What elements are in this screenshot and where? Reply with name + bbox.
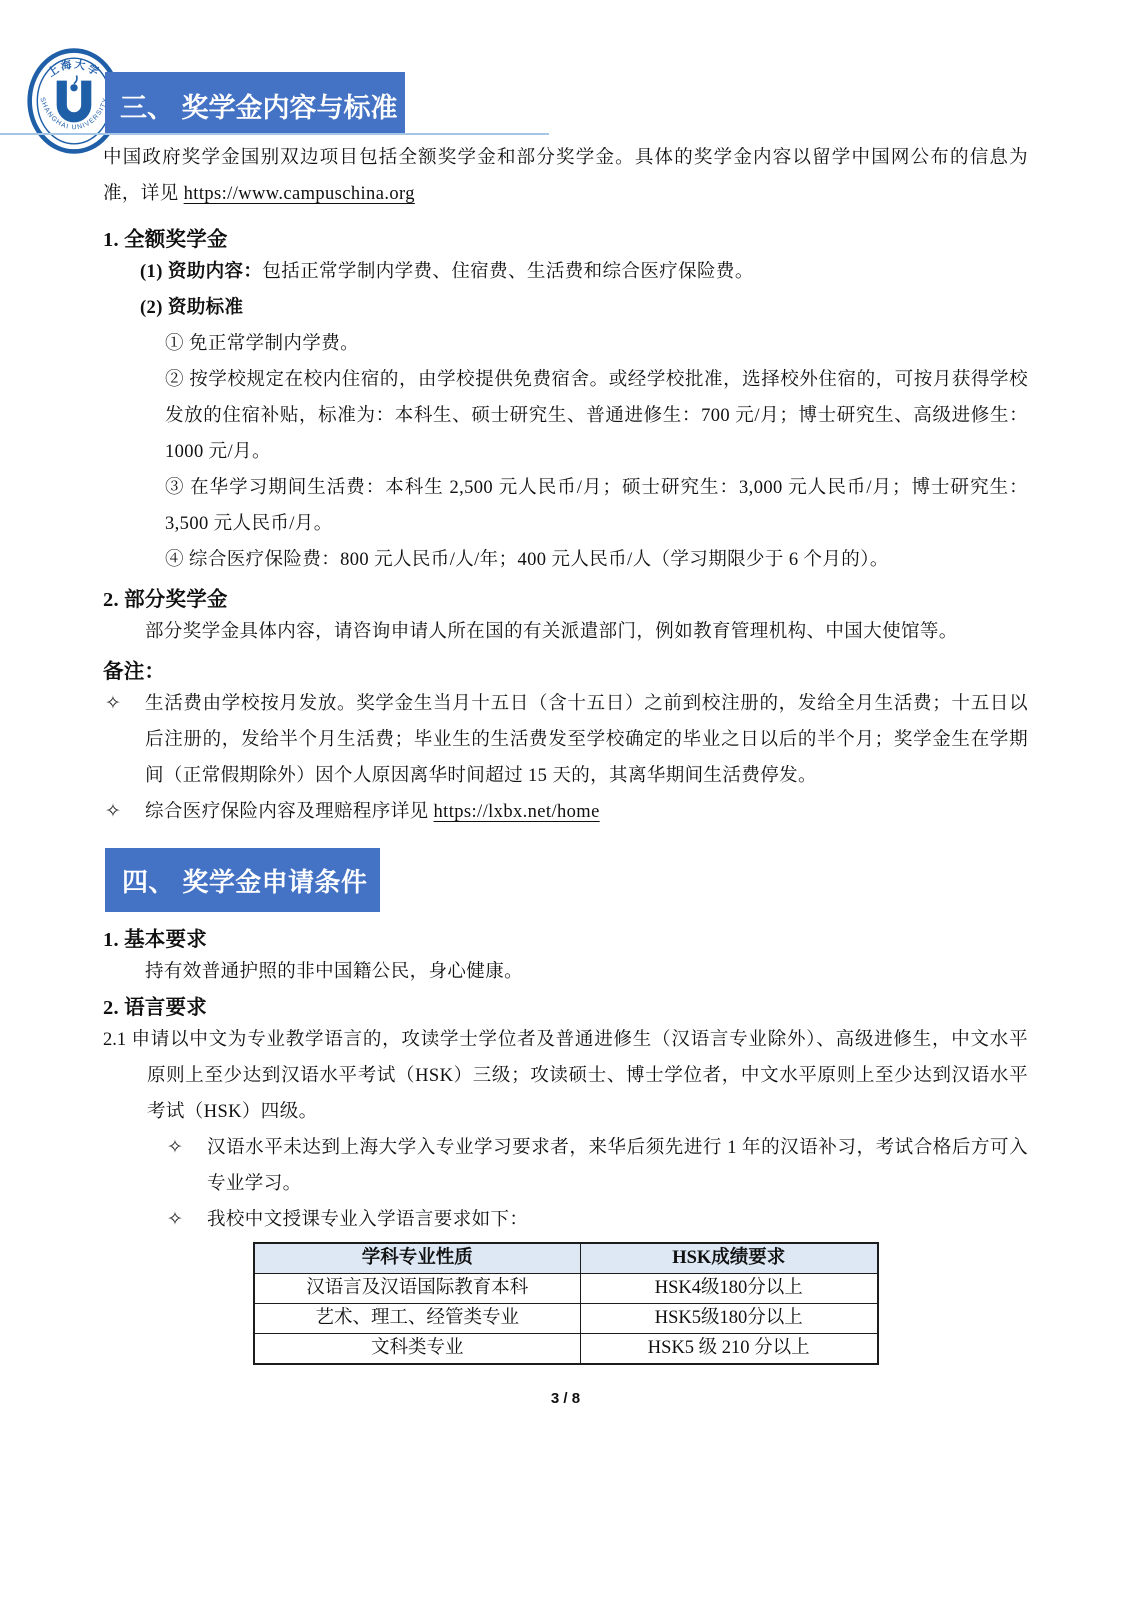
diamond-bullet-icon: ✧ (105, 686, 121, 722)
table-cell-subject: 汉语言及汉语国际教育本科 (254, 1274, 580, 1304)
item1-label: (1) (140, 262, 163, 282)
standard-item-1: ① 免正常学制内学费。 (103, 326, 1028, 362)
section3-banner-title: 三、 奖学金内容与标准 (120, 86, 398, 125)
funding-content-item: (1) 资助内容：包括正常学制内学费、住宿费、生活费和综合医疗保险费。 (103, 254, 1028, 290)
diamond-bullet-icon: ✧ (167, 1130, 183, 1166)
section4-banner-title: 四、 奖学金申请条件 (122, 864, 367, 900)
heading-language-requirements: 2. 语言要求 (103, 994, 1028, 1022)
heading-basic-requirements: 1. 基本要求 (103, 926, 1028, 954)
table-cell-subject: 文科类专业 (254, 1334, 580, 1365)
table-header-row: 学科专业性质 HSK成绩要求 (254, 1243, 878, 1274)
campuschina-link[interactable]: https://www.campuschina.org (184, 184, 415, 204)
table-row: 文科类专业 HSK5 级 210 分以上 (254, 1334, 878, 1365)
table-cell-hsk: HSK4级180分以上 (580, 1274, 878, 1304)
table-header-subject: 学科专业性质 (254, 1243, 580, 1274)
section4-banner: 四、 奖学金申请条件 (105, 848, 380, 912)
clause-number: 2.1 (103, 1030, 126, 1050)
heading-full-scholarship: 1. 全额奖学金 (103, 226, 1028, 254)
language-note-table-intro: ✧我校中文授课专业入学语言要求如下： (103, 1202, 1028, 1238)
hsk-requirements-table: 学科专业性质 HSK成绩要求 汉语言及汉语国际教育本科 HSK4级180分以上 … (253, 1242, 879, 1365)
table-row: 汉语言及汉语国际教育本科 HSK4级180分以上 (254, 1274, 878, 1304)
item1-text: 包括正常学制内学费、住宿费、生活费和综合医疗保险费。 (262, 262, 753, 282)
diamond-bullet-icon: ✧ (105, 794, 121, 830)
standard-item-3: ③ 在华学习期间生活费：本科生 2,500 元人民币/月；硕士研究生：3,000… (103, 470, 1028, 542)
note-item-living-allowance: ✧生活费由学校按月发放。奖学金生当月十五日（含十五日）之前到校注册的，发给全月生… (103, 686, 1028, 794)
heading-partial-scholarship: 2. 部分奖学金 (103, 586, 1028, 614)
header-divider-rule (0, 133, 549, 135)
language-note-remedial: ✧汉语水平未达到上海大学入专业学习要求者，来华后须先进行 1 年的汉语补习，考试… (103, 1130, 1028, 1202)
table-cell-subject: 艺术、理工、经管类专业 (254, 1304, 580, 1334)
lxbx-link[interactable]: https://lxbx.net/home (434, 802, 600, 822)
item2-title: 资助标准 (168, 298, 244, 318)
funding-standard-item: (2) 资助标准 (103, 290, 1028, 326)
notes-title: 备注： (103, 658, 1028, 686)
language-requirement-21: 2.1 申请以中文为专业教学语言的，攻读学士学位者及普通进修生（汉语言专业除外）… (103, 1022, 1028, 1130)
item1-title: 资助内容： (168, 262, 263, 282)
table-row: 艺术、理工、经管类专业 HSK5级180分以上 (254, 1304, 878, 1334)
item2-label: (2) (140, 298, 163, 318)
table-header-hsk: HSK成绩要求 (580, 1243, 878, 1274)
note-item-insurance: ✧综合医疗保险内容及理赔程序详见 https://lxbx.net/home (103, 794, 1028, 830)
section3-banner: 三、 奖学金内容与标准 (105, 72, 405, 133)
basic-requirements-text: 持有效普通护照的非中国籍公民，身心健康。 (103, 954, 1028, 990)
diamond-bullet-icon: ✧ (167, 1202, 183, 1238)
intro-paragraph: 中国政府奖学金国别双边项目包括全额奖学金和部分奖学金。具体的奖学金内容以留学中国… (103, 140, 1028, 212)
document-body: 中国政府奖学金国别双边项目包括全额奖学金和部分奖学金。具体的奖学金内容以留学中国… (103, 140, 1028, 1417)
document-page: 上海大学 SHANGHAI UNIVERSITY 三、 奖学金内容与标准 中国政… (0, 0, 1131, 1600)
standard-item-4: ④ 综合医疗保险费：800 元人民币/人/年；400 元人民币/人（学习期限少于… (103, 542, 1028, 578)
page-number: 3 / 8 (103, 1381, 1028, 1417)
standard-item-2: ② 按学校规定在校内住宿的，由学校提供免费宿舍。或经学校批准，选择校外住宿的，可… (103, 362, 1028, 470)
table-cell-hsk: HSK5级180分以上 (580, 1304, 878, 1334)
partial-scholarship-text: 部分奖学金具体内容，请咨询申请人所在国的有关派遣部门，例如教育管理机构、中国大使… (103, 614, 1028, 650)
table-cell-hsk: HSK5 级 210 分以上 (580, 1334, 878, 1365)
